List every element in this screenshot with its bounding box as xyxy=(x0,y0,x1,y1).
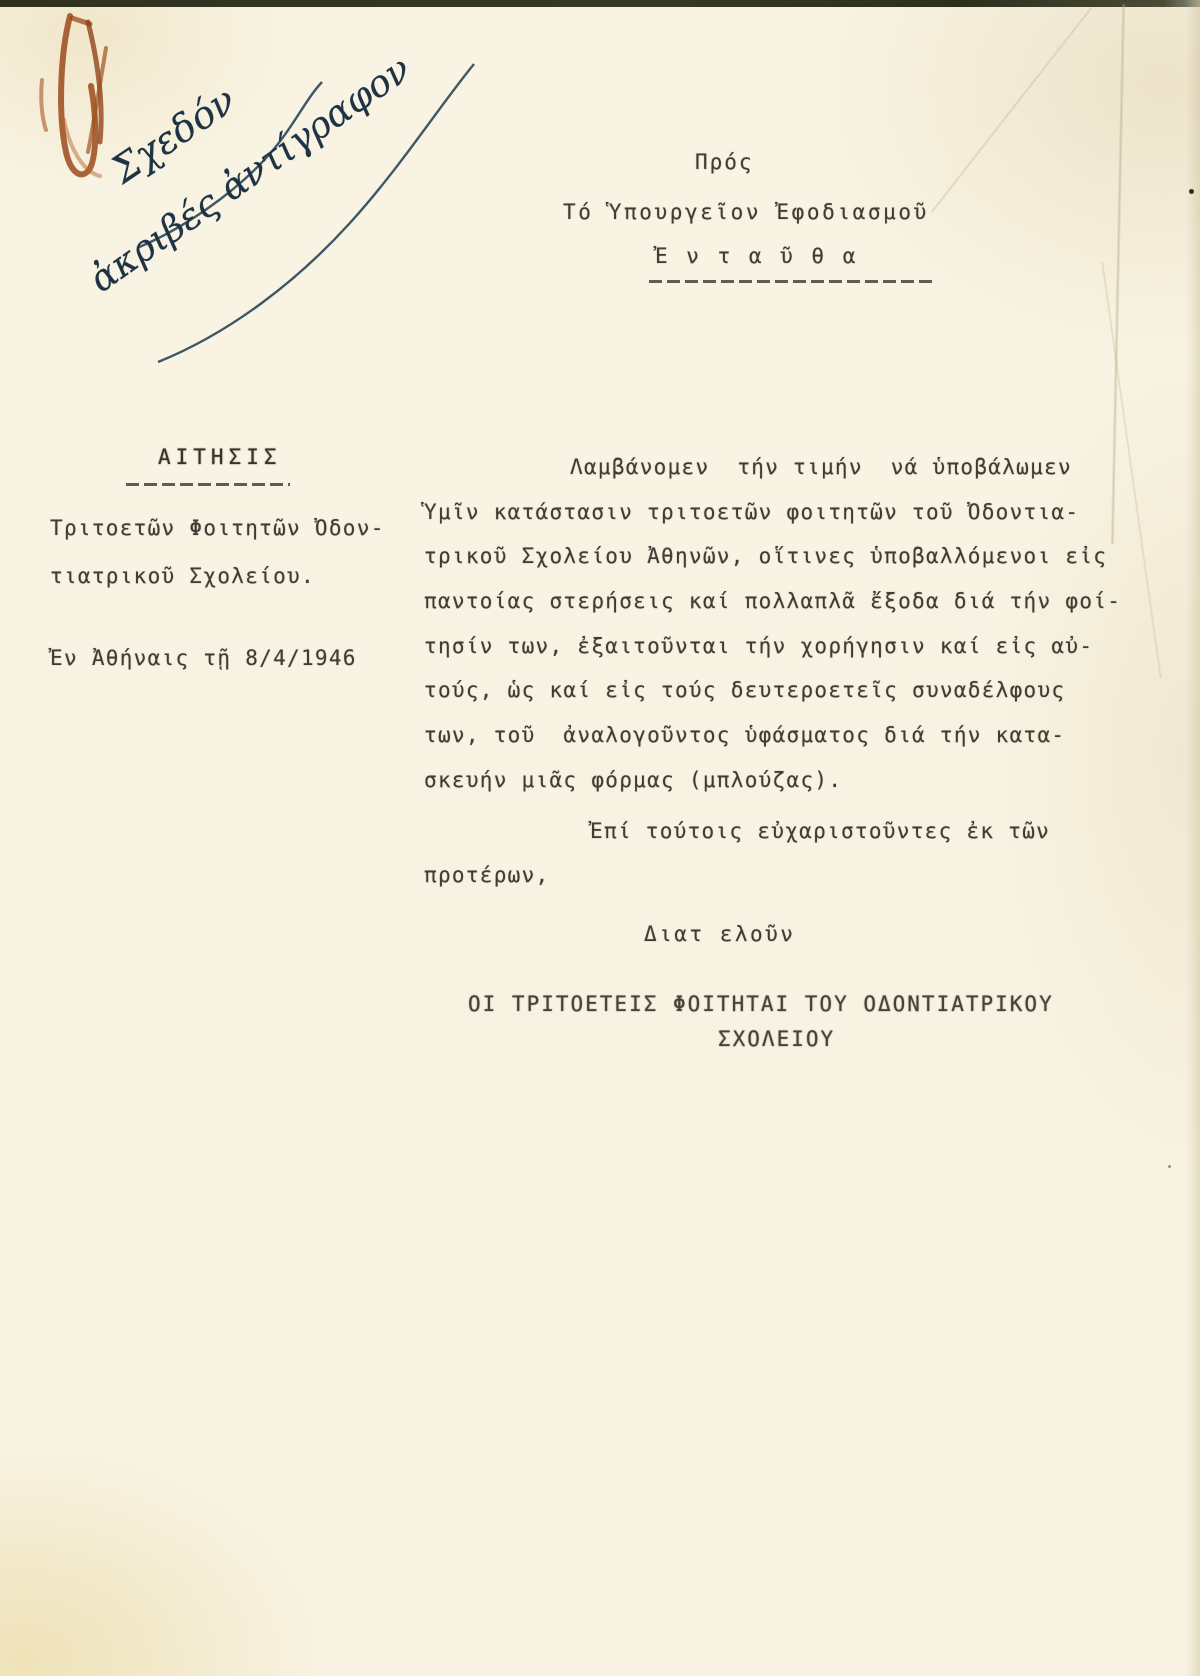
petition-dateline: Ἐν Ἀθήναις τῇ 8/4/1946 xyxy=(50,646,420,670)
signature-line1: ΟΙ ΤΡΙΤΟΕΤΕΙΣ ΦΟΙΤΗΤΑΙ ΤΟΥ ΟΔΟΝΤΙΑΤΡΙΚΟΥ xyxy=(468,992,1124,1016)
paper-edge-shadow xyxy=(1186,0,1200,1676)
body-line: προτέρων, xyxy=(424,863,1124,908)
body-line: σκευήν μιᾶς φόρμας (μπλούζας). xyxy=(424,768,1124,813)
body-line: των, τοῦ ἀναλογοῦντος ὑφάσματος διά τήν … xyxy=(424,723,1124,768)
body-text: Λαμβάνομεν τήν τιμήν νά ὑποβάλωμεν Ὑμῖν … xyxy=(424,455,1124,908)
body-line: τρικοῦ Σχολείου Ἀθηνῶν, οἵτινες ὑποβαλλό… xyxy=(424,544,1124,589)
petition-subject-line2: τιατρικοῦ Σχολείου. xyxy=(50,564,420,588)
signature-line2: ΣΧΟΛΕΙΟΥ xyxy=(718,1027,1124,1051)
recipient-block: Πρός Τό Ὑπουργεῖον Ἐφοδιασμοῦ Ἐ ν τ α ῦ … xyxy=(563,150,983,283)
body-line: Ἐπί τούτοις εὐχαριστοῦντες ἐκ τῶν xyxy=(424,819,1124,864)
document-page: Σχεδόν ἀκριβές ἀντίγραφον Πρός Τό Ὑπουργ… xyxy=(0,0,1200,1676)
petition-title: ΑΙΤΗΣΙΣ xyxy=(158,445,420,469)
recipient-underline xyxy=(649,280,937,283)
body-line: τησίν των, ἐξαιτοῦνται τήν χορήγησιν καί… xyxy=(424,634,1124,679)
dust-speck xyxy=(1168,1165,1171,1168)
body-line: Λαμβάνομεν τήν τιμήν νά ὑποβάλωμεν xyxy=(424,455,1124,500)
ink-speck xyxy=(1189,189,1194,194)
recipient-salutation: Πρός xyxy=(695,150,983,174)
valediction: Διατ ελοῦν xyxy=(644,922,1124,946)
body-line: τούς, ὡς καί εἰς τούς δευτεροετεῖς συναδ… xyxy=(424,678,1124,723)
body-line: παντοίας στερήσεις καί πολλαπλᾶ ἔξοδα δι… xyxy=(424,589,1124,634)
petition-subject-line1: Τριτοετῶν Φοιτητῶν Ὀδον- xyxy=(50,516,420,540)
handwriting-flourishes xyxy=(0,0,560,420)
recipient-place: Ἐ ν τ α ῦ θ α xyxy=(655,244,983,268)
closing-block: Διατ ελοῦν ΟΙ ΤΡΙΤΟΕΤΕΙΣ ΦΟΙΤΗΤΑΙ ΤΟΥ ΟΔ… xyxy=(424,922,1124,1051)
petition-heading-block: ΑΙΤΗΣΙΣ Τριτοετῶν Φοιτητῶν Ὀδον- τιατρικ… xyxy=(50,445,420,670)
petition-title-underline xyxy=(126,483,290,486)
recipient-addressee: Τό Ὑπουργεῖον Ἐφοδιασμοῦ xyxy=(563,200,983,224)
body-line: Ὑμῖν κατάστασιν τριτοετῶν φοιτητῶν τοῦ Ὀ… xyxy=(424,500,1124,545)
